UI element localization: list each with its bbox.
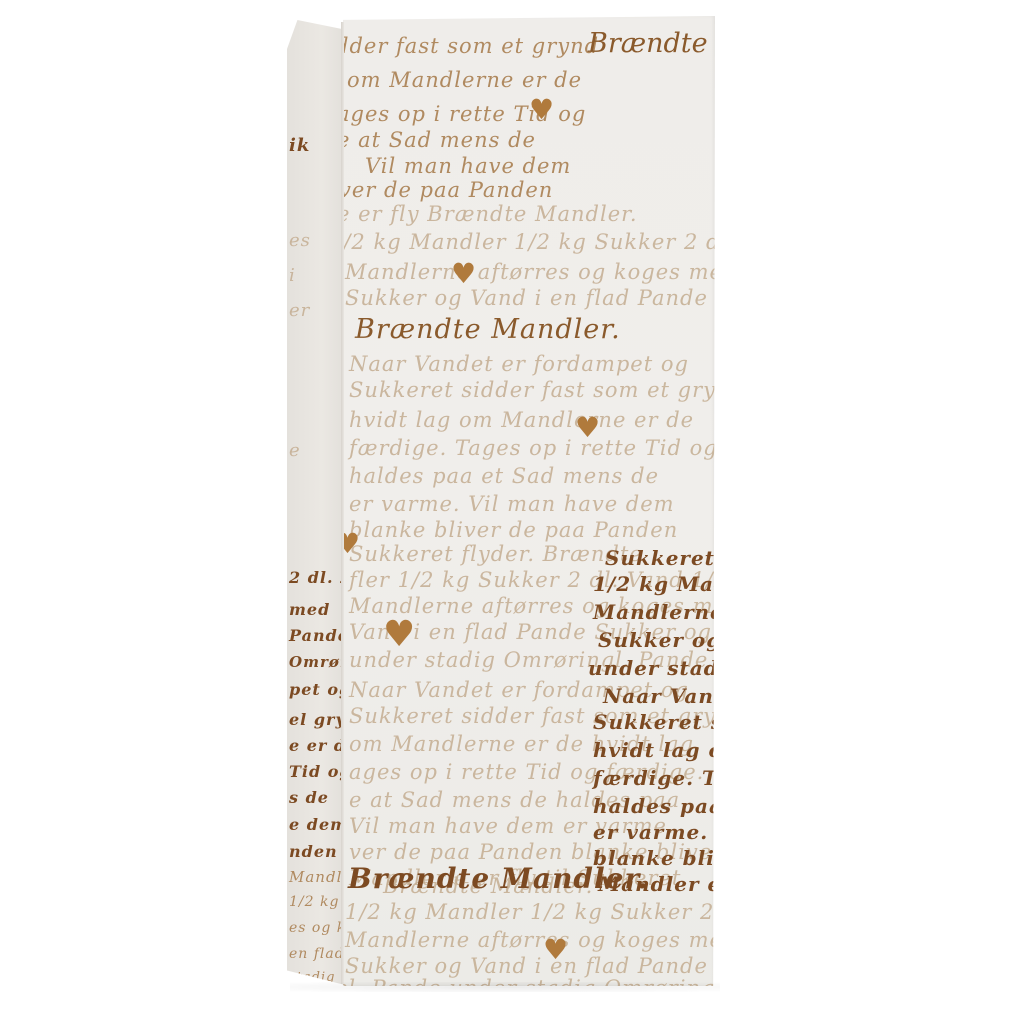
script-line: Mandlerne aftørres og koges med bbox=[345, 260, 715, 284]
script-line: Sukker og Vand i en flad Pande bbox=[345, 954, 708, 978]
script-line: Vil man have dem bbox=[365, 154, 571, 178]
paper-bag: ik es i er e 2 dl. 2 med Pande Omrøring … bbox=[283, 12, 717, 987]
script-line: Sukkeret flyder. Brændte bbox=[349, 542, 643, 566]
script-line: Sukkeret sidder fast som et grynd bbox=[349, 378, 715, 402]
script-line: Sukker og Vand i en flad Pande bbox=[345, 286, 708, 310]
bag-shadow bbox=[290, 982, 720, 992]
script-line: ver de paa Panden bbox=[343, 178, 553, 202]
heart-icon: ♥ bbox=[343, 532, 359, 556]
side-text-line: Pande bbox=[289, 626, 345, 645]
script-line: blanke bliver de paa Panden bbox=[349, 518, 678, 542]
side-text-line: 2 dl. 2 bbox=[289, 568, 345, 587]
side-text-line: Tid og bbox=[289, 762, 345, 781]
side-text-line: e dem bbox=[289, 815, 345, 834]
recipe-title-mid: Brændte Mandler. bbox=[355, 314, 621, 345]
dark-script-line: haldes paa et Sad mens de bbox=[593, 794, 715, 818]
script-line: er varme. Vil man have dem bbox=[349, 492, 675, 516]
side-text-line: s de bbox=[289, 788, 329, 807]
side-text-line: el grynd bbox=[289, 710, 345, 729]
bag-front-panel: dder fast som et grynd Brændte Mandler o… bbox=[343, 16, 715, 986]
dark-script-mandler: Brændte Mandler. bbox=[348, 862, 648, 895]
side-text-line: en flad Pande bbox=[289, 946, 345, 962]
dark-script-line: under stadig Omrøringl. Pande bbox=[588, 656, 715, 680]
script-line: 1/2 kg Mandler 1/2 kg Sukker 2 dl. Vand bbox=[345, 900, 715, 924]
dark-script-line: er varme. Vil man have dem bbox=[593, 820, 715, 844]
dark-script-line: færdige. Tages op i rette Tid og bbox=[593, 766, 715, 790]
script-line: dder fast som et grynd bbox=[343, 34, 599, 58]
bag-side-gusset: ik es i er e 2 dl. 2 med Pande Omrøring … bbox=[287, 20, 345, 985]
dark-script-line: hvidt lag om Mandlerne er de bbox=[593, 738, 715, 762]
dark-script-line: Naar Vandet er fordampet og bbox=[603, 684, 715, 708]
side-text-line: i bbox=[289, 265, 296, 286]
side-text-line: Mandler bbox=[289, 868, 345, 886]
side-text-line: es bbox=[289, 230, 311, 251]
dark-script-line: Sukkeret flyder. Brændte bbox=[605, 546, 715, 570]
script-line: Mandlerne aftørres og koges med bbox=[345, 928, 715, 952]
recipe-title-top: Brændte Mandler bbox=[588, 28, 715, 59]
side-text-line: 1/2 kg Sukker bbox=[289, 894, 345, 910]
heart-icon: ♥ bbox=[575, 416, 599, 440]
side-text-line: e er de bbox=[289, 736, 345, 755]
side-text-line: pet og bbox=[289, 680, 345, 699]
script-line: e at Sad mens de bbox=[343, 128, 536, 152]
dark-script-line: Sukkeret sidder fast som et grynd bbox=[593, 710, 715, 734]
side-text-line: nden bbox=[289, 842, 338, 861]
heart-icon: ♥ bbox=[451, 262, 475, 286]
side-text-line: ik bbox=[289, 135, 310, 156]
script-line: om Mandlerne er de bbox=[347, 68, 582, 92]
heart-icon: ♥ bbox=[529, 98, 553, 122]
bag-fold-crease bbox=[341, 22, 344, 984]
script-line: e er fly Brændte Mandler. bbox=[343, 202, 638, 226]
script-line: haldes paa et Sad mens de bbox=[349, 464, 659, 488]
script-line: hvidt lag om Mandlerne er de bbox=[349, 408, 694, 432]
side-text-line: Omrøring bbox=[289, 653, 345, 671]
side-text-line: es og koges bbox=[289, 920, 345, 936]
script-line: Naar Vandet er fordampet og bbox=[349, 352, 689, 376]
script-line: færdige. Tages op i rette Tid og bbox=[349, 436, 715, 460]
side-text-line: er bbox=[289, 300, 310, 321]
dark-script-line: Mandlerne aftørres og koges med bbox=[593, 600, 715, 624]
side-text-line: med bbox=[289, 600, 330, 619]
dark-script-line: Sukker og Vand i en flad Pande bbox=[598, 628, 715, 652]
dark-script-line: 1/2 kg Mandler 1/2 kg Sukker 2 dl. Vand bbox=[593, 572, 715, 596]
script-line: 1/2 kg Mandler 1/2 kg Sukker 2 dl. Vand bbox=[343, 230, 715, 254]
heart-icon: ♥ bbox=[383, 620, 413, 650]
side-text-line: e bbox=[289, 440, 301, 461]
heart-icon: ♥ bbox=[543, 938, 567, 962]
